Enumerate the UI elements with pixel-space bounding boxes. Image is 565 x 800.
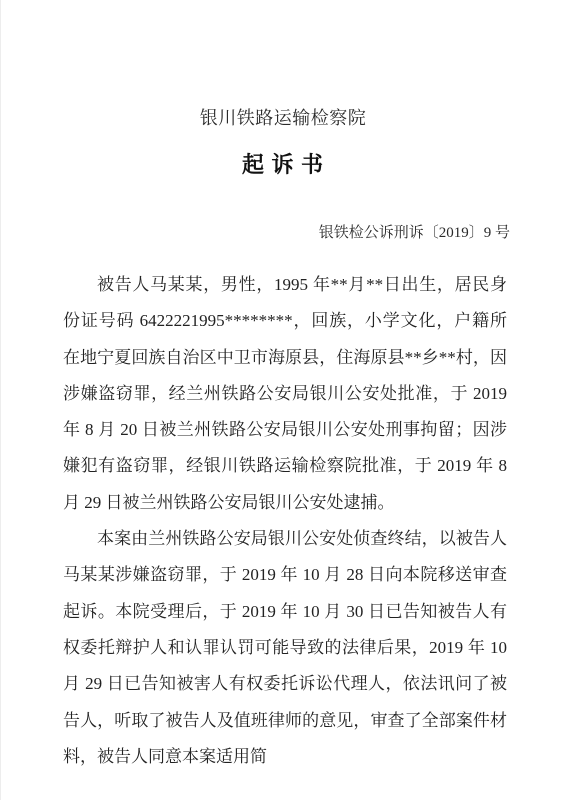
paragraph-case-procedure: 本案由兰州铁路公安局银川公安处侦查终结，以被告人马某某涉嫌盗窃罪，于 2019 … bbox=[63, 521, 507, 775]
paragraph-defendant-info: 被告人马某某，男性，1995 年**月**日出生，居民身份证号码 6422221… bbox=[63, 267, 507, 521]
document-title: 起 诉 书 bbox=[1, 152, 565, 178]
document-body: 被告人马某某，男性，1995 年**月**日出生，居民身份证号码 6422221… bbox=[1, 267, 565, 775]
document-page: 银川铁路运输检察院 起 诉 书 银铁检公诉刑诉〔2019〕9 号 被告人马某某，… bbox=[0, 0, 565, 800]
court-name: 银川铁路运输检察院 bbox=[1, 108, 565, 128]
document-number: 银铁检公诉刑诉〔2019〕9 号 bbox=[1, 224, 565, 242]
